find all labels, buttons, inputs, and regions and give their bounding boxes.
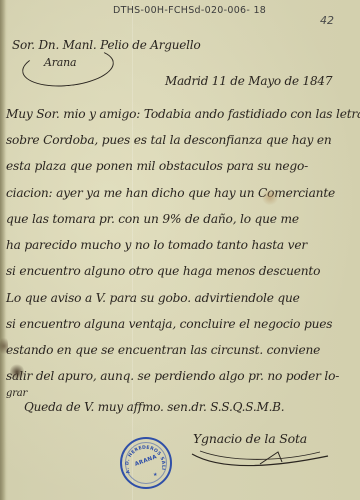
star-icon: ★ [153,472,157,478]
signature: Ygnacio de la Sota [193,431,307,446]
body-line: si encuentro alguno otro que haga menos … [6,264,320,278]
body-line: ha parecido mucho y no lo tomado tanto h… [6,238,307,252]
body-line: Lo que aviso a V. para su gobo. advirtie… [6,291,300,305]
archive-reference: DTHS-00H-FCHSd-020-006- 18 [113,5,266,16]
stamp-ring-label: A. D. HEREDEROS SALINAS [122,439,166,474]
letter-page: DTHS-00H-FCHSd-020-006- 18 42 Sor. Dn. M… [0,0,360,500]
date-line: Madrid 11 de Mayo de 1847 [165,74,332,88]
body-line: que las tomara pr. con un 9% de daño, lo… [6,212,299,226]
addressee: Sor. Dn. Manl. Pelio de Arguello [12,38,200,52]
body-line: estando en que se encuentran las circuns… [6,343,320,357]
closing-formula: Queda de V. muy affmo. sen.dr. S.S.Q.S.M… [24,400,284,414]
paper-stain [262,188,278,206]
addressee-place: Arana [44,56,76,69]
archive-stamp: A. D. HEREDEROS SALINAS ARANA ★ [120,437,172,489]
body-line: grar [6,388,27,399]
body-line: salir del apuro, aunq. se perdiendo algo… [6,369,339,383]
signature-flourish [190,448,330,472]
folio-number: 42 [320,14,334,27]
body-line: sobre Cordoba, pues es tal la desconfian… [6,133,332,147]
ink-blot [10,363,24,381]
paper-stain [0,335,8,357]
svg-text:A. D. HEREDEROS SALINAS: A. D. HEREDEROS SALINAS [122,439,166,474]
body-line: si encuentro alguna ventaja, concluire e… [6,317,332,331]
body-line: ciacion: ayer ya me han dicho que hay un… [6,186,335,200]
body-line: esta plaza que ponen mil obstaculos para… [6,159,308,173]
body-line: Muy Sor. mio y amigo: Todabia ando fasti… [6,107,360,121]
